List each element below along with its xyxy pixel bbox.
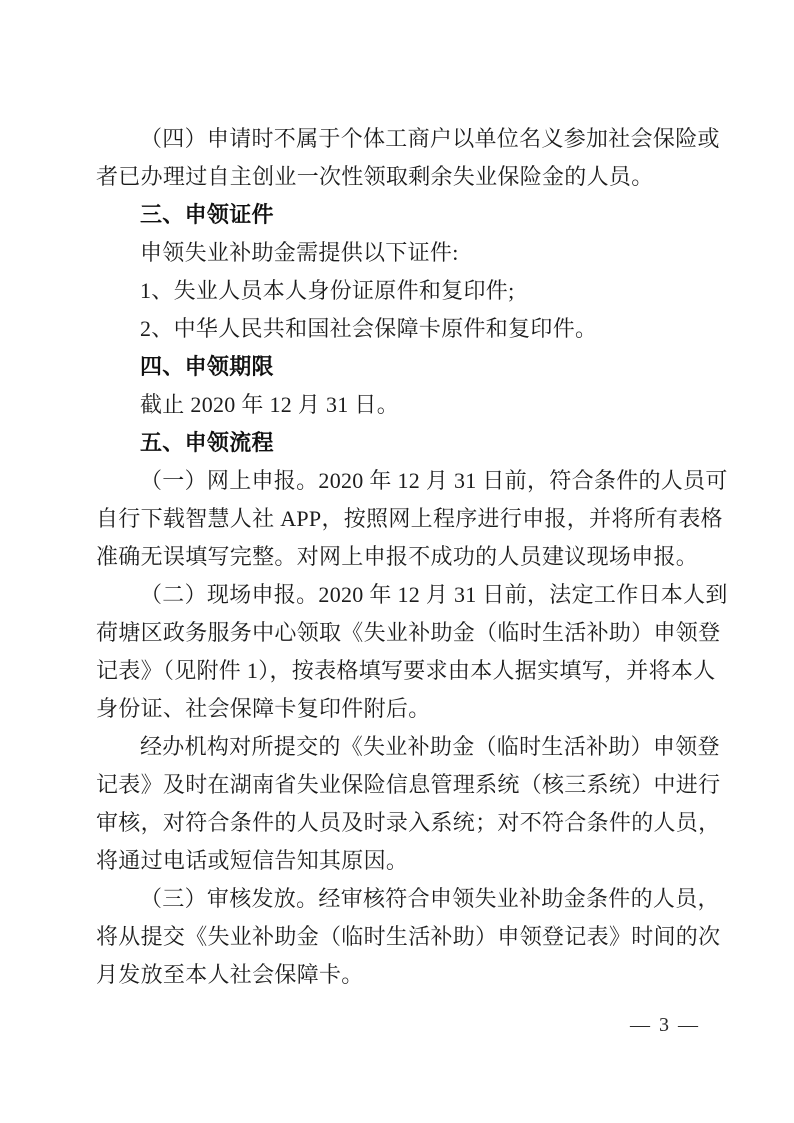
- document-line: （四）申请时不属于个体工商户以单位名义参加社会保险或: [96, 120, 708, 158]
- document-line: （二）现场申报。2020 年 12 月 31 日前，法定工作日本人到: [96, 576, 708, 614]
- document-line: （三）审核发放。经审核符合申领失业补助金条件的人员，: [96, 880, 708, 918]
- document-body: （四）申请时不属于个体工商户以单位名义参加社会保险或者已办理过自主创业一次性领取…: [96, 120, 708, 994]
- document-line: 准确无误填写完整。对网上申报不成功的人员建议现场申报。: [96, 538, 708, 576]
- section-heading: 五、申领流程: [96, 424, 708, 462]
- document-line: 将从提交《失业补助金（临时生活补助）申领登记表》时间的次: [96, 918, 708, 956]
- document-line: 记表》（见附件 1），按表格填写要求由本人据实填写，并将本人: [96, 652, 708, 690]
- document-line: 经办机构对所提交的《失业补助金（临时生活补助）申领登: [96, 728, 708, 766]
- document-page: （四）申请时不属于个体工商户以单位名义参加社会保险或者已办理过自主创业一次性领取…: [0, 0, 794, 1123]
- document-line: 审核，对符合条件的人员及时录入系统；对不符合条件的人员，: [96, 804, 708, 842]
- document-line: 记表》及时在湖南省失业保险信息管理系统（核三系统）中进行: [96, 766, 708, 804]
- document-line: 自行下载智慧人社 APP，按照网上程序进行申报，并将所有表格: [96, 500, 708, 538]
- document-line: 申领失业补助金需提供以下证件:: [96, 234, 708, 272]
- document-line: 1、失业人员本人身份证原件和复印件;: [96, 272, 708, 310]
- document-line: 者已办理过自主创业一次性领取剩余失业保险金的人员。: [96, 158, 708, 196]
- document-line: 身份证、社会保障卡复印件附后。: [96, 690, 708, 728]
- document-line: 月发放至本人社会保障卡。: [96, 956, 708, 994]
- section-heading: 四、申领期限: [96, 348, 708, 386]
- document-line: 截止 2020 年 12 月 31 日。: [96, 386, 708, 424]
- page-number: — 3 —: [630, 1012, 700, 1038]
- document-line: 2、中华人民共和国社会保障卡原件和复印件。: [96, 310, 708, 348]
- document-line: 荷塘区政务服务中心领取《失业补助金（临时生活补助）申领登: [96, 614, 708, 652]
- document-line: （一）网上申报。2020 年 12 月 31 日前，符合条件的人员可: [96, 462, 708, 500]
- document-line: 将通过电话或短信告知其原因。: [96, 842, 708, 880]
- section-heading: 三、申领证件: [96, 196, 708, 234]
